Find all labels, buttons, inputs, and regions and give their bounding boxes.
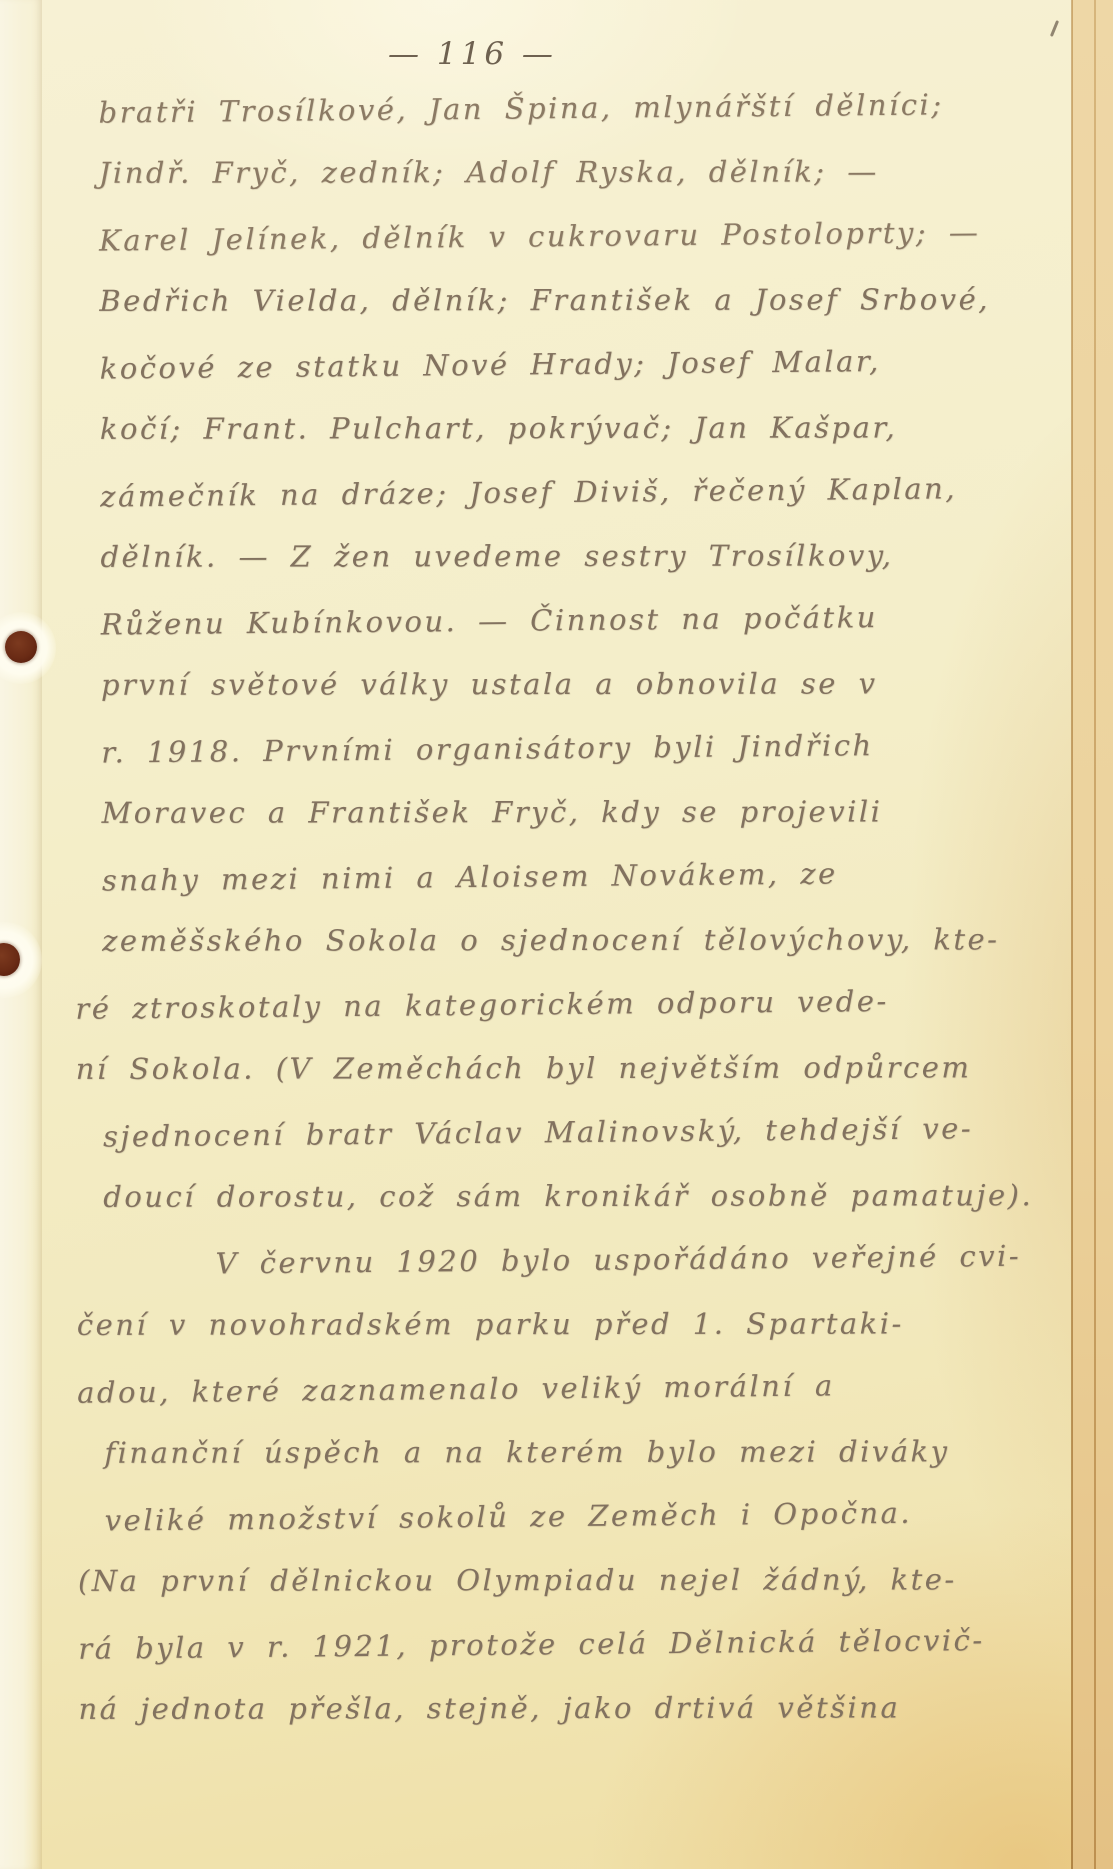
- handwritten-line: V červnu 1920 bylo uspořádáno veřejné cv…: [103, 1223, 1054, 1296]
- binding-hole-top: [5, 631, 37, 663]
- handwritten-line: finanční úspěch a na kterém bylo mezi di…: [104, 1419, 1054, 1485]
- stray-ink-mark: [1050, 20, 1059, 37]
- handwritten-line: veliké množství sokolů ze Zeměch i Opočn…: [104, 1479, 1055, 1552]
- handwritten-line: kočí; Frant. Pulchart, pokrývač; Jan Kaš…: [100, 395, 1050, 461]
- handwritten-line: zeměšského Sokola o sjednocení tělovýcho…: [102, 907, 1052, 973]
- handwritten-line: (Na první dělnickou Olympiadu nejel žádn…: [78, 1547, 1055, 1613]
- manuscript-page: — 116 — bratři Trosílkové, Jan Špina, ml…: [0, 0, 1113, 1869]
- handwritten-line: sjednocení bratr Václav Malinovský, tehd…: [103, 1095, 1054, 1168]
- handwritten-line: adou, které zaznamenalo veliký morální a: [77, 1351, 1055, 1424]
- handwritten-line: bratři Trosílkové, Jan Špina, mlynářští …: [98, 71, 1049, 144]
- handwritten-line: Moravec a František Fryč, kdy se projevi…: [102, 779, 1052, 845]
- handwritten-line: první světové války ustala a obnovila se…: [101, 651, 1051, 717]
- handwritten-line: ní Sokola. (V Zeměchách byl největším od…: [76, 1035, 1053, 1101]
- page-number: — 116 —: [0, 36, 945, 72]
- handwritten-line: doucí dorostu, což sám kronikář osobně p…: [103, 1163, 1053, 1229]
- handwritten-line: ná jednota přešla, stejně, jako drtivá v…: [78, 1675, 1055, 1741]
- handwritten-line: Karel Jelínek, dělník v cukrovaru Postol…: [99, 199, 1050, 272]
- handwritten-line: Bedřich Vielda, dělník; František a Jose…: [99, 267, 1049, 333]
- handwritten-line: Růženu Kubínkovou. — Činnost na počátku: [100, 583, 1051, 656]
- handwritten-line: zámečník na dráze; Josef Diviš, řečený K…: [100, 455, 1051, 528]
- handwritten-line: Jindř. Fryč, zedník; Adolf Ryska, dělník…: [99, 139, 1049, 205]
- page-right-edge: [1072, 0, 1113, 1869]
- handwritten-line: snahy mezi nimi a Aloisem Novákem, ze: [102, 839, 1053, 912]
- handwritten-line: r. 1918. Prvními organisátory byli Jindř…: [101, 711, 1052, 784]
- handwritten-line: rá byla v r. 1921, protože celá Dělnická…: [78, 1607, 1056, 1680]
- page-edge-fold-line: [1071, 0, 1073, 1869]
- handwritten-line: kočové ze statku Nové Hrady; Josef Malar…: [99, 327, 1050, 400]
- handwritten-line: ré ztroskotaly na kategorickém odporu ve…: [75, 967, 1053, 1040]
- page-edge-outer-line: [1094, 0, 1096, 1869]
- manuscript-text: bratři Trosílkové, Jan Špina, mlynářští …: [98, 74, 1055, 1742]
- handwritten-line: dělník. — Z žen uvedeme sestry Trosílkov…: [100, 523, 1050, 589]
- handwritten-line: čení v novohradském parku před 1. Sparta…: [77, 1291, 1054, 1357]
